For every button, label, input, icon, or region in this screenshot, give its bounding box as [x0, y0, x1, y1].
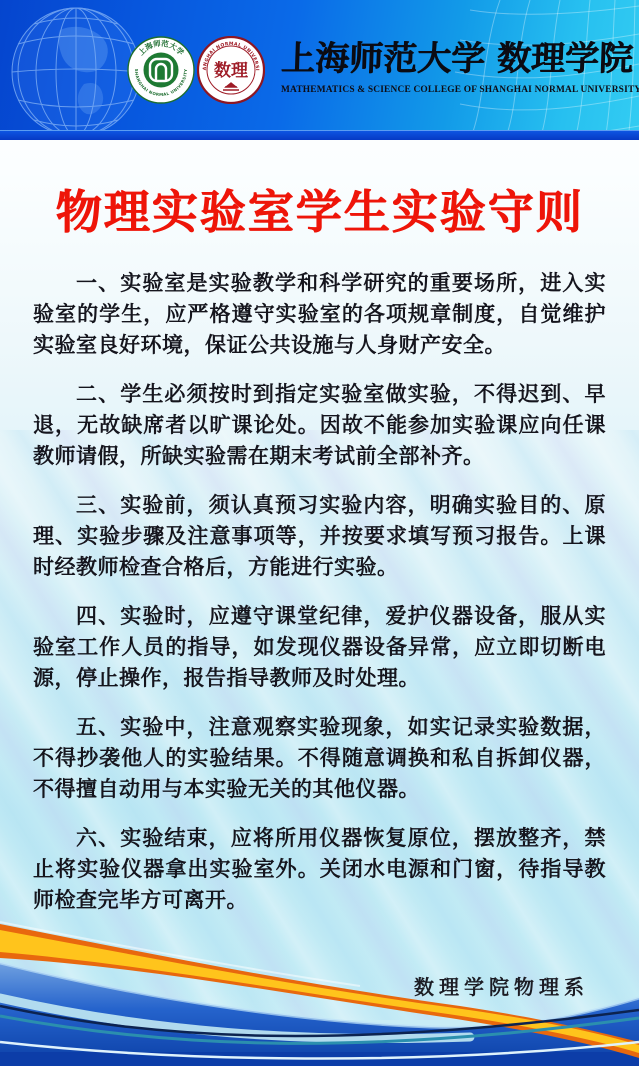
rule-item: 四、实验时，应遵守课堂纪律，爱护仪器设备，服从实验室工作人员的指导，如发现仪器设…: [33, 601, 606, 694]
rules-list: 一、实验室是实验教学和科学研究的重要场所，进入实验室的学生，应严格遵守实验室的各…: [0, 268, 639, 916]
poster-body: 物理实验室学生实验守则 一、实验室是实验教学和科学研究的重要场所，进入实验室的学…: [0, 0, 639, 1000]
rule-item: 三、实验前，须认真预习实验内容，明确实验目的、原理、实验步骤及注意事项等，并按要…: [33, 490, 606, 583]
poster-title: 物理实验室学生实验守则: [0, 0, 639, 238]
rule-item: 一、实验室是实验教学和科学研究的重要场所，进入实验室的学生，应严格遵守实验室的各…: [33, 268, 606, 361]
rule-item: 六、实验结束，应将所用仪器恢复原位，摆放整齐，禁止将实验仪器拿出实验室外。关闭水…: [33, 823, 606, 916]
rule-item: 二、学生必须按时到指定实验室做实验，不得迟到、早退，无故缺席者以旷课论处。因故不…: [33, 379, 606, 472]
poster-root: 上海师范大学 SHANGHAI NORMAL UNIVERSITY SHANGH…: [0, 0, 639, 1066]
signature: 数理学院物理系: [0, 971, 639, 1000]
rule-item: 五、实验中，注意观察实验现象，如实记录实验数据，不得抄袭他人的实验结果。不得随意…: [33, 712, 606, 805]
